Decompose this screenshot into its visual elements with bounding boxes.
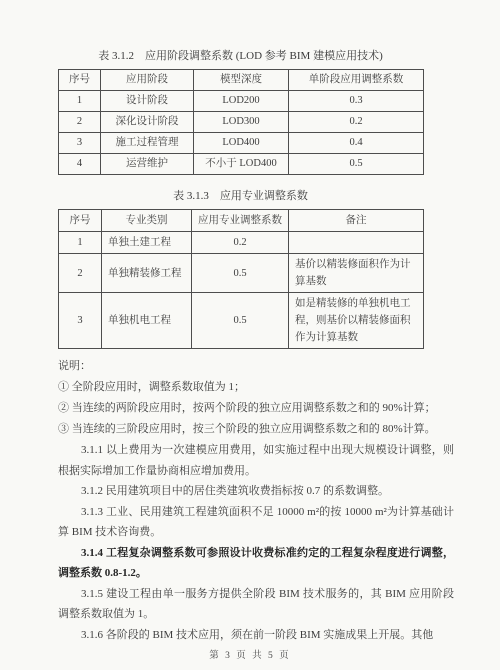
table-cell: 0.2 bbox=[192, 232, 289, 254]
table-cell: 基价以精装修面积作为计算基数 bbox=[289, 254, 424, 293]
clause-3-1-4: 3.1.4 工程复杂调整系数可参照设计收费标准约定的工程复杂程度进行调整，调整系… bbox=[58, 543, 454, 584]
table-cell: 0.3 bbox=[289, 91, 424, 112]
table-cell: 0.2 bbox=[289, 112, 424, 133]
table-cell: 2 bbox=[59, 254, 102, 293]
table-row: 2 深化设计阶段 LOD300 0.2 bbox=[59, 112, 424, 133]
column-header: 序号 bbox=[59, 210, 102, 232]
table-cell: 0.4 bbox=[289, 133, 424, 154]
table-row: 3 施工过程管理 LOD400 0.4 bbox=[59, 133, 424, 154]
table-header-row: 序号 应用阶段 模型深度 单阶段应用调整系数 bbox=[59, 70, 424, 91]
note-item-1: ① 全阶段应用时，调整系数取值为 1； bbox=[58, 377, 454, 398]
table-cell: 运营维护 bbox=[101, 154, 194, 175]
table-row: 4 运营维护 不小于 LOD400 0.5 bbox=[59, 154, 424, 175]
table-3-1-2: 序号 应用阶段 模型深度 单阶段应用调整系数 1 设计阶段 LOD200 0.3… bbox=[58, 69, 424, 175]
clause-3-1-5: 3.1.5 建设工程由单一服务方提供全阶段 BIM 技术服务的，其 BIM 应用… bbox=[58, 584, 454, 625]
table-cell: 3 bbox=[59, 293, 102, 349]
notes-heading: 说明： bbox=[58, 356, 454, 377]
table-header-row: 序号 专业类别 应用专业调整系数 备注 bbox=[59, 210, 424, 232]
table-cell: 单独精装修工程 bbox=[102, 254, 192, 293]
table-cell: 设计阶段 bbox=[101, 91, 194, 112]
table-cell: 4 bbox=[59, 154, 101, 175]
note-item-2: ② 当连续的两阶段应用时，按两个阶段的独立应用调整系数之和的 90%计算； bbox=[58, 398, 454, 419]
table-cell: 施工过程管理 bbox=[101, 133, 194, 154]
column-header: 专业类别 bbox=[102, 210, 192, 232]
table-row: 1 设计阶段 LOD200 0.3 bbox=[59, 91, 424, 112]
table-cell: 0.5 bbox=[192, 254, 289, 293]
table-cell: LOD200 bbox=[194, 91, 289, 112]
table-cell: 不小于 LOD400 bbox=[194, 154, 289, 175]
table-cell: 0.5 bbox=[289, 154, 424, 175]
table-cell: 深化设计阶段 bbox=[101, 112, 194, 133]
table-row: 2 单独精装修工程 0.5 基价以精装修面积作为计算基数 bbox=[59, 254, 424, 293]
notes-section: 说明： ① 全阶段应用时，调整系数取值为 1； ② 当连续的两阶段应用时，按两个… bbox=[58, 356, 454, 645]
table-row: 1 单独土建工程 0.2 bbox=[59, 232, 424, 254]
document-page: 表 3.1.2 应用阶段调整系数 (LOD 参考 BIM 建模应用技术) 序号 … bbox=[0, 0, 500, 670]
table-3-1-3-title: 表 3.1.3 应用专业调整系数 bbox=[58, 188, 423, 204]
document-content: 表 3.1.2 应用阶段调整系数 (LOD 参考 BIM 建模应用技术) 序号 … bbox=[58, 48, 454, 645]
table-cell: 单独土建工程 bbox=[102, 232, 192, 254]
note-item-3: ③ 当连续的三阶段应用时，按三个阶段的独立应用调整系数之和的 80%计算。 bbox=[58, 419, 454, 440]
column-header: 模型深度 bbox=[194, 70, 289, 91]
page-footer: 第 3 页 共 5 页 bbox=[0, 647, 500, 661]
table-cell: 1 bbox=[59, 91, 101, 112]
clause-3-1-1: 3.1.1 以上费用为一次建模应用费用，如实施过程中出现大规模设计调整，则根据实… bbox=[58, 440, 454, 481]
table-cell: 3 bbox=[59, 133, 101, 154]
table-cell: LOD400 bbox=[194, 133, 289, 154]
table-cell: LOD300 bbox=[194, 112, 289, 133]
clause-3-1-2: 3.1.2 民用建筑项目中的居住类建筑收费指标按 0.7 的系数调整。 bbox=[58, 481, 454, 502]
table-cell bbox=[289, 232, 424, 254]
table-3-1-3: 序号 专业类别 应用专业调整系数 备注 1 单独土建工程 0.2 2 单独精装修… bbox=[58, 209, 424, 349]
table-3-1-2-title: 表 3.1.2 应用阶段调整系数 (LOD 参考 BIM 建模应用技术) bbox=[58, 48, 423, 64]
column-header: 应用阶段 bbox=[101, 70, 194, 91]
clause-3-1-6: 3.1.6 各阶段的 BIM 技术应用，须在前一阶段 BIM 实施成果上开展。其… bbox=[58, 625, 454, 646]
table-cell: 如是精装修的单独机电工程，则基价以精装修面积作为计算基数 bbox=[289, 293, 424, 349]
column-header: 备注 bbox=[289, 210, 424, 232]
table-cell: 0.5 bbox=[192, 293, 289, 349]
table-row: 3 单独机电工程 0.5 如是精装修的单独机电工程，则基价以精装修面积作为计算基… bbox=[59, 293, 424, 349]
column-header: 应用专业调整系数 bbox=[192, 210, 289, 232]
table-cell: 2 bbox=[59, 112, 101, 133]
column-header: 序号 bbox=[59, 70, 101, 91]
table-cell: 1 bbox=[59, 232, 102, 254]
table-cell: 单独机电工程 bbox=[102, 293, 192, 349]
column-header: 单阶段应用调整系数 bbox=[289, 70, 424, 91]
clause-3-1-3: 3.1.3 工业、民用建筑工程建筑面积不足 10000 m²的按 10000 m… bbox=[58, 502, 454, 543]
